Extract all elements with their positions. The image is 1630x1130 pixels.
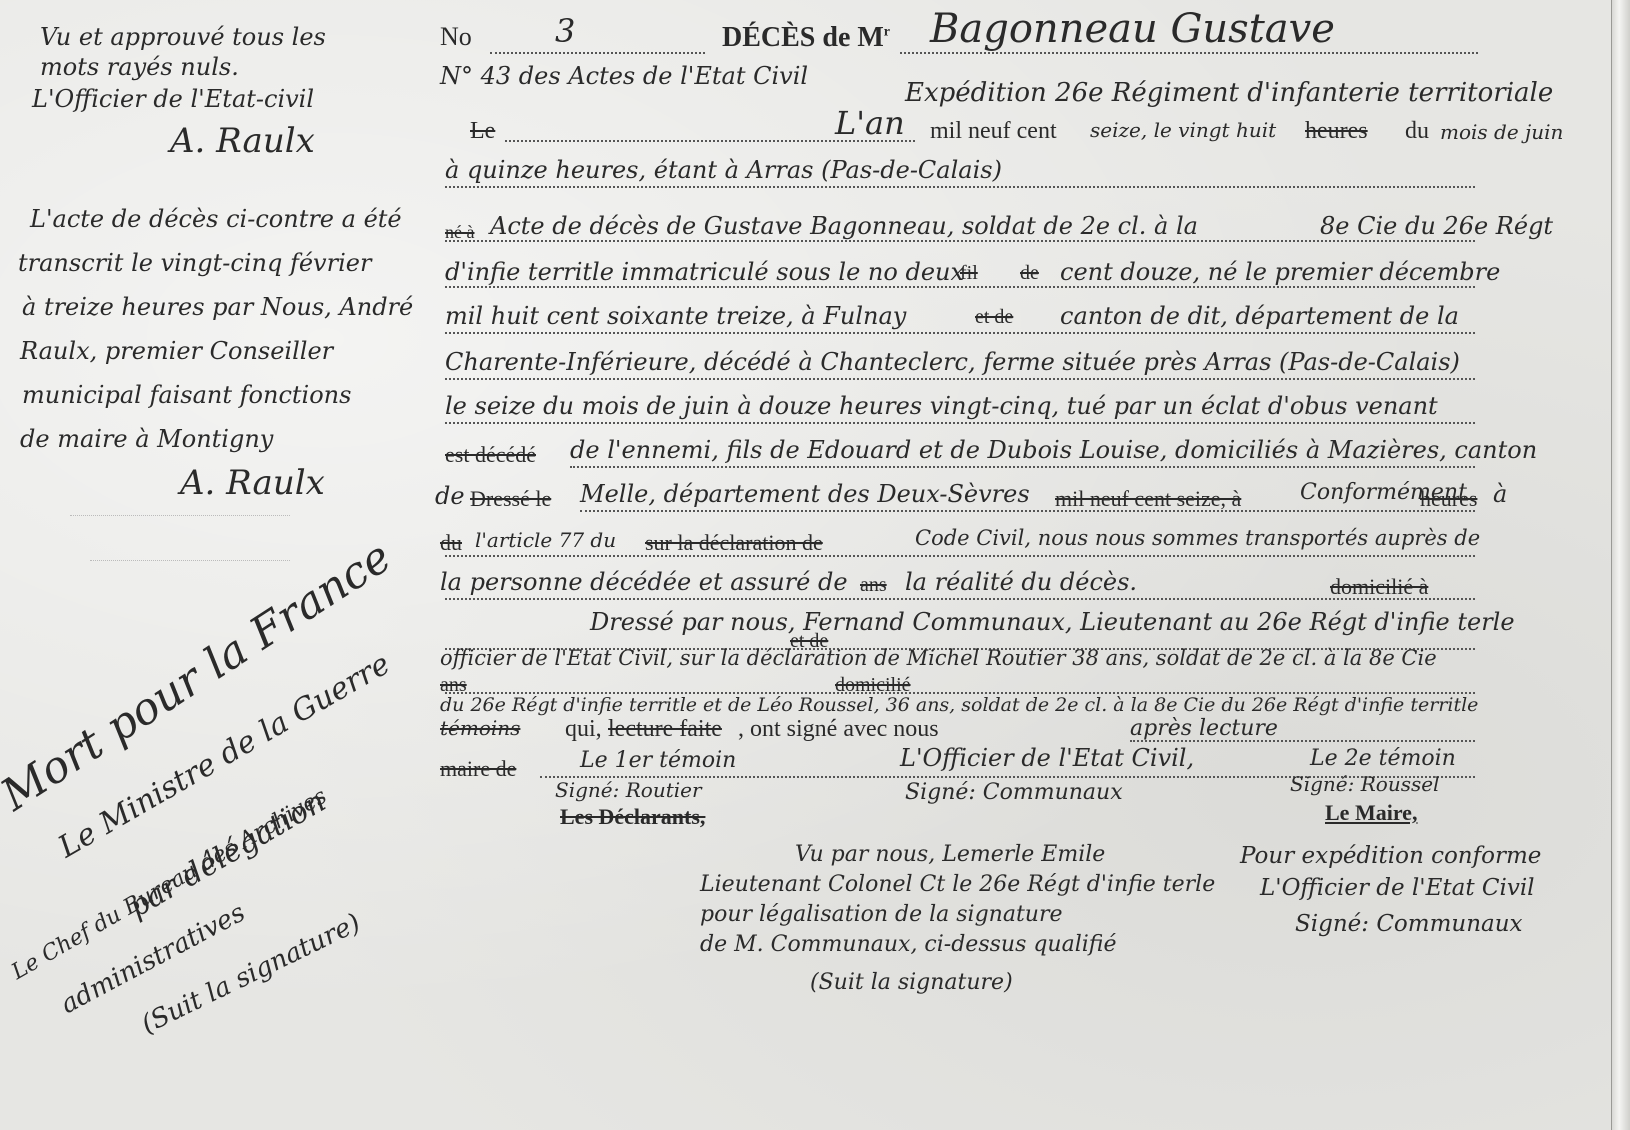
- expedition-line: L'Officier de l'Etat Civil: [1260, 872, 1541, 904]
- legalisation-block: Vu par nous, Lemerle Emile Lieutenant Co…: [700, 840, 1215, 998]
- printed-ont-signe: , ont signé avec nous: [738, 716, 939, 743]
- struck-maire-de: maire de: [440, 756, 516, 782]
- body-line-6: Charente-Inférieure, décédé à Chantecler…: [445, 348, 1460, 376]
- body-line-2: à quinze heures, étant à Arras (Pas-de-C…: [445, 156, 1002, 184]
- body-dotline: [445, 555, 1475, 557]
- body-dotline: [445, 286, 1475, 288]
- hand-mois-de-juin: mois de juin: [1440, 120, 1563, 144]
- body-line-11: la personne décédée et assuré de: [440, 568, 848, 596]
- act-number-line: [490, 52, 705, 54]
- struck-temoins: témoins: [440, 716, 520, 740]
- hand-a: à: [1493, 480, 1507, 508]
- struck-mil-neuf-cent-seize: mil neuf cent seize, à: [1055, 486, 1241, 512]
- register-note: N° 43 des Actes de l'Etat Civil: [440, 62, 808, 90]
- body-dotline: [445, 332, 1475, 334]
- body-line-5b: canton de dit, département de la: [1060, 302, 1459, 330]
- legalisation-line: Lieutenant Colonel Ct le 26e Régt d'infi…: [700, 870, 1215, 900]
- label-officer: L'Officier de l'Etat Civil,: [900, 744, 1194, 772]
- body-line-5: mil huit cent soixante treize, à Fulnay: [445, 302, 906, 330]
- transcription-line: à treize heures par Nous, André: [22, 288, 413, 326]
- document-page: Vu et approuvé tous les mots rayés nuls.…: [0, 0, 1630, 1130]
- body-dotline: [580, 510, 1475, 512]
- signature-witness1: Signé: Routier: [555, 778, 702, 802]
- body-dotline: [445, 186, 1475, 188]
- struck-sur-la-declaration: sur la déclaration de: [645, 530, 823, 556]
- body-line-7: le seize du mois de juin à douze heures …: [445, 392, 1438, 420]
- hand-seize-le-vingt-huit: seize, le vingt huit: [1090, 118, 1276, 142]
- body-line-4: d'infie territle immatriculé sous le no …: [445, 258, 964, 286]
- act-title-sup: r: [884, 25, 890, 40]
- label-first-witness: Le 1er témoin: [580, 748, 736, 773]
- signature-officer: Signé: Communaux: [905, 780, 1123, 805]
- struck-lecture-faite: lecture faite: [608, 716, 722, 743]
- expedition-block: Pour expédition conforme L'Officier de l…: [1240, 840, 1541, 940]
- margin-ghost-line: [90, 560, 290, 561]
- body-dotline: [445, 598, 1475, 600]
- expedition-line: Signé: Communaux: [1295, 908, 1541, 940]
- struck-heures-2: heures: [1420, 486, 1477, 512]
- body-line-13: officier de l'Etat Civil, sur la déclara…: [440, 646, 1437, 670]
- legalisation-line: (Suit la signature): [810, 968, 1215, 998]
- struck-dresse-le: Dressé le: [470, 486, 551, 512]
- body-line-3b: 8e Cie du 26e Régt: [1320, 212, 1553, 240]
- transcription-line: Raulx, premier Conseiller: [20, 332, 413, 370]
- body-dotline: [570, 466, 1475, 468]
- body-line-11b: la réalité du décès.: [905, 568, 1137, 596]
- label-second-witness: Le 2e témoin: [1310, 746, 1456, 771]
- body-line-4b: cent douze, né le premier décembre: [1060, 258, 1500, 286]
- struck-du: du: [440, 530, 462, 556]
- printed-qui: qui,: [565, 716, 602, 743]
- margin-transcription-note: L'acte de décès ci-contre a été transcri…: [30, 200, 413, 502]
- printed-du: du: [1405, 118, 1429, 145]
- hand-apres-lecture: après lecture: [1130, 716, 1278, 741]
- body-line-12: Dressé par nous, Fernand Communaux, Lieu…: [590, 608, 1515, 636]
- struck-ne-a: né à: [445, 222, 474, 243]
- margin-approval-line3: L'Officier de l'Etat-civil: [32, 80, 326, 118]
- label-maire: Le Maire,: [1325, 800, 1417, 826]
- hand-article-77: l'article 77 du: [475, 528, 616, 552]
- page-edge: [1611, 0, 1630, 1130]
- transcription-signature: A. Raulx: [180, 464, 413, 502]
- body-line-3: Acte de décès de Gustave Bagonneau, sold…: [490, 212, 1198, 240]
- struck-heures: heures: [1305, 118, 1368, 145]
- deceased-name: Bagonneau Gustave: [930, 6, 1335, 52]
- body-dotline: [445, 240, 1475, 242]
- act-number-value: 3: [555, 12, 575, 50]
- act-number-label: No: [440, 22, 472, 52]
- transcription-line: de maire à Montigny: [20, 420, 413, 458]
- hand-de: de: [435, 482, 465, 510]
- legalisation-line: pour légalisation de la signature: [700, 900, 1215, 930]
- struck-domicilie-a: domicilié à: [1330, 574, 1428, 600]
- mention-signature-note: (Suit la signature): [137, 908, 365, 1040]
- struck-ans: ans: [860, 574, 887, 597]
- struck-le: Le: [470, 118, 495, 145]
- signature-witness2: Signé: Roussel: [1290, 772, 1439, 796]
- transcription-line: municipal faisant fonctions: [22, 376, 413, 414]
- struck-est-decede: est décédé: [445, 442, 536, 468]
- legalisation-line: de M. Communaux, ci-dessus qualifié: [700, 930, 1215, 960]
- expedition-line: Pour expédition conforme: [1240, 840, 1541, 872]
- margin-approval-note: Vu et approuvé tous les mots rayés nuls.…: [40, 18, 326, 160]
- hand-lan: L'an: [835, 104, 905, 142]
- name-line: [900, 52, 1478, 54]
- body-line-9: Melle, département des Deux-Sèvres: [580, 480, 1030, 508]
- legalisation-line: Vu par nous, Lemerle Emile: [795, 840, 1215, 870]
- struck-de: de: [1020, 262, 1039, 285]
- act-title-text: DÉCÈS de M: [722, 22, 884, 53]
- body-dotline: [445, 378, 1475, 380]
- margin-approval-signature: A. Raulx: [170, 122, 326, 160]
- body-line-14: du 26e Régt d'infie territle et de Léo R…: [440, 694, 1478, 716]
- margin-ghost-line: [70, 515, 290, 516]
- body-dotline: [445, 422, 1475, 424]
- body-line-10b: Code Civil, nous nous sommes transportés…: [915, 526, 1480, 550]
- printed-mil-neuf-cent: mil neuf cent: [930, 118, 1057, 145]
- body-line-8: de l'ennemi, fils de Edouard et de Duboi…: [570, 436, 1537, 464]
- transcription-line: L'acte de décès ci-contre a été: [30, 200, 413, 238]
- label-declarants: Les Déclarants,: [560, 804, 705, 830]
- struck-fil: fil: [960, 262, 978, 285]
- struck-et-de: et de: [975, 306, 1013, 329]
- transcription-line: transcrit le vingt-cinq février: [18, 244, 413, 282]
- act-title: DÉCÈS de Mr: [722, 22, 890, 54]
- regiment-line: Expédition 26e Régiment d'infanterie ter…: [905, 78, 1553, 108]
